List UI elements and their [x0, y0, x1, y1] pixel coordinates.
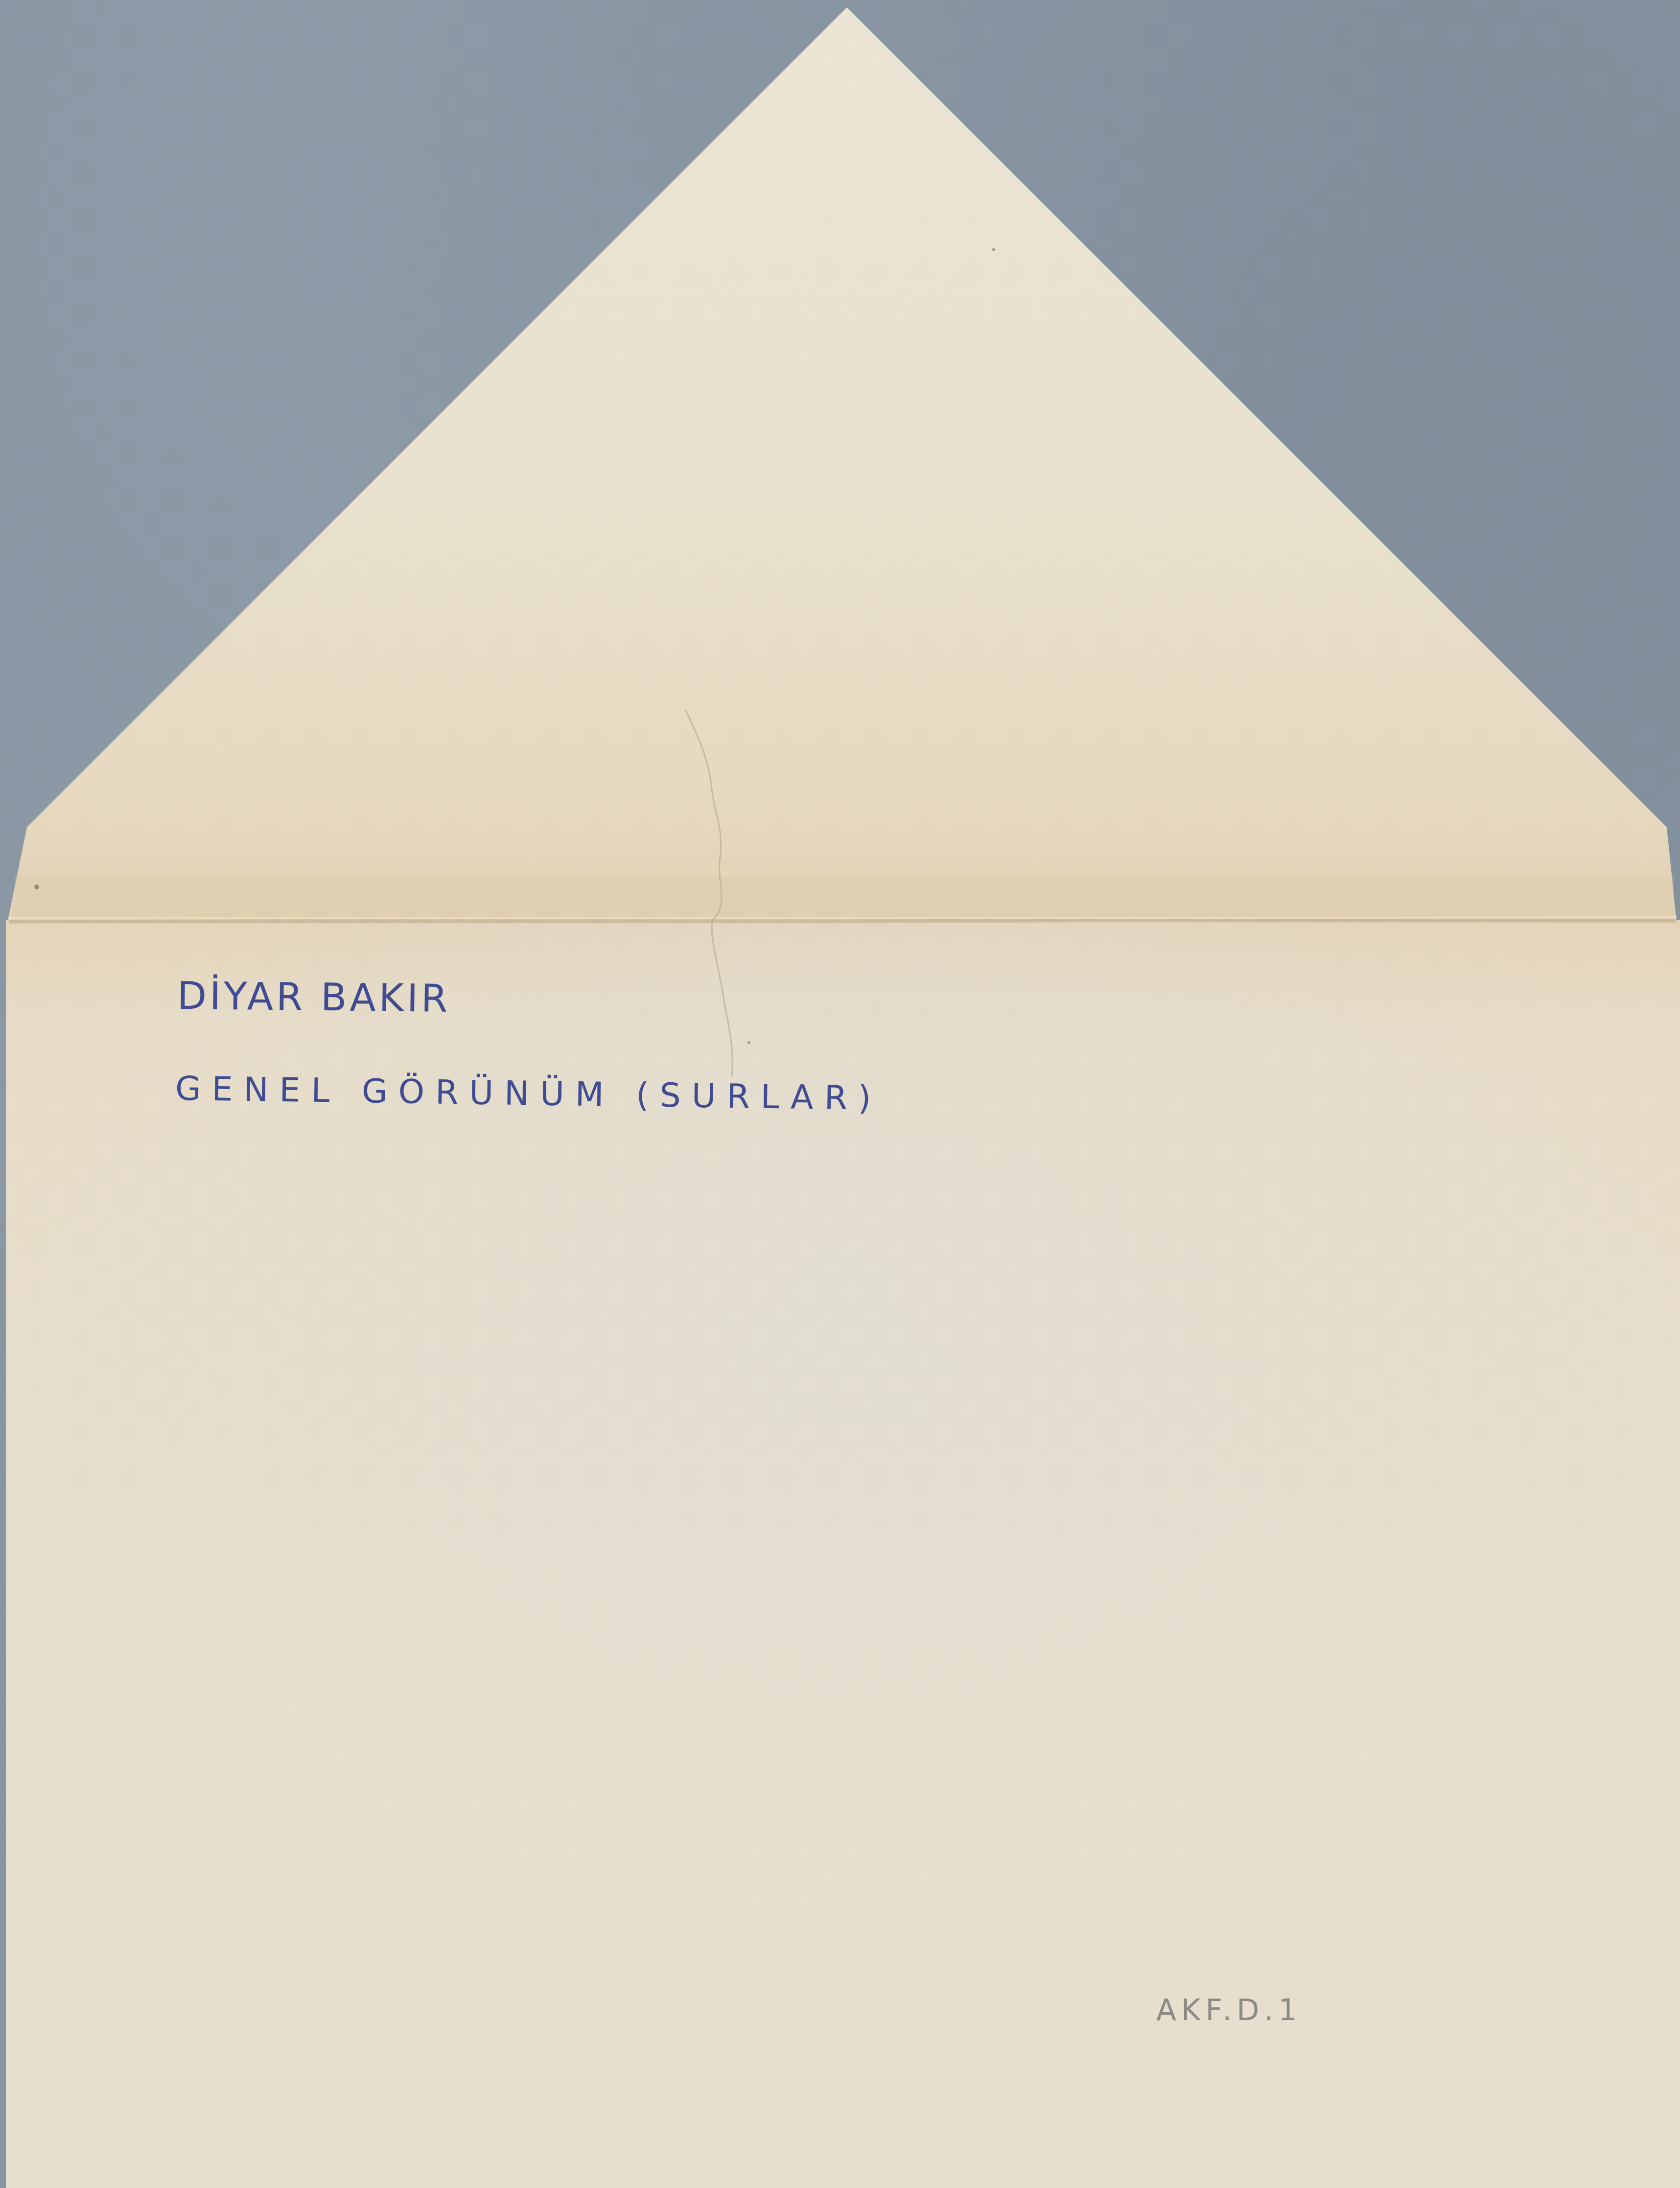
envelope-scan: DİYAR BAKIR GENEL GÖRÜNÜM (SURLAR) AKF.D… — [0, 0, 1680, 2188]
fold-crease — [9, 921, 1677, 922]
reference-code-pencil: AKF.D.1 — [1156, 1993, 1302, 2027]
place-name-handwritten: DİYAR BAKIR — [177, 974, 451, 1021]
